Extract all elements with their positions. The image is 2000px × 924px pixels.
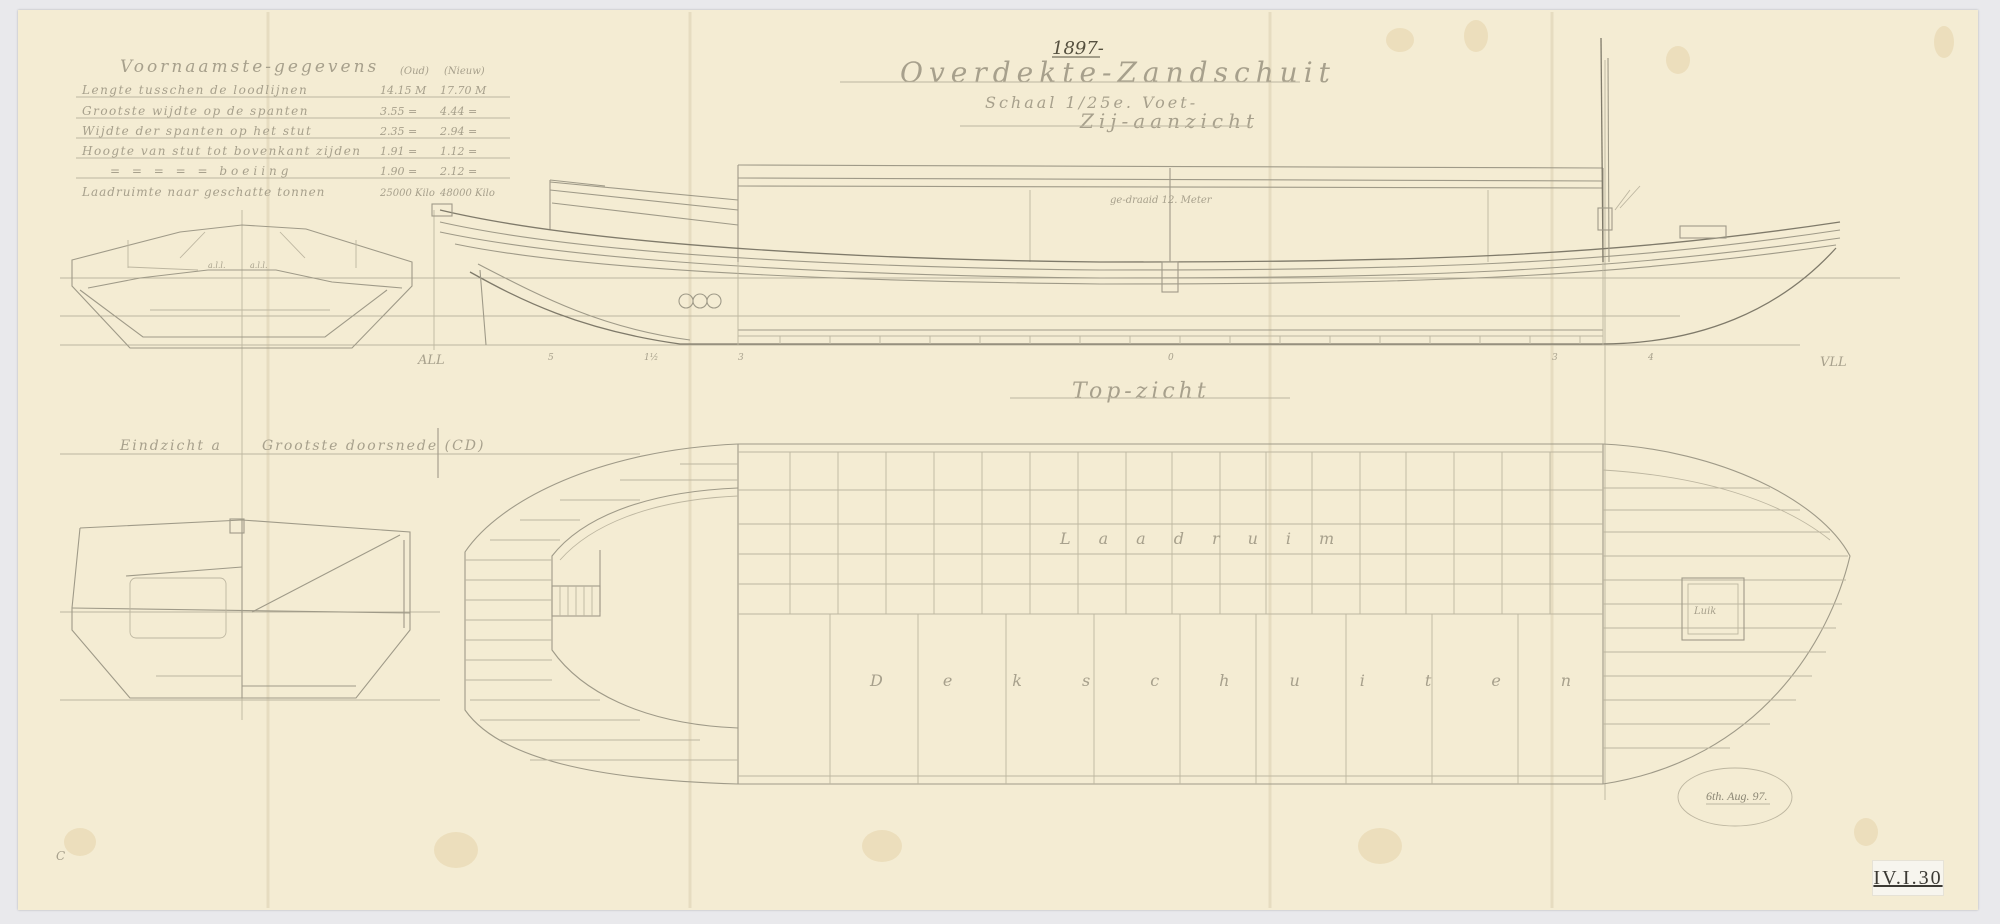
deck-label: Dekschuiten: [869, 671, 1631, 690]
svg-text:1.90 =: 1.90 =: [380, 165, 417, 178]
svg-text:2.94 =: 2.94 =: [439, 125, 477, 138]
view-title-top: Top-zicht: [1072, 379, 1210, 404]
svg-text:14.15 M: 14.15 M: [380, 84, 427, 97]
svg-text:2.35 =: 2.35 =: [379, 125, 417, 138]
spec-row: Hoogte van stut tot bovenkant zijden 1.9…: [76, 144, 510, 158]
frame-label-fwd: VLL: [1820, 355, 1847, 370]
svg-text:1½: 1½: [644, 352, 658, 363]
specs-table: Voornaamste-gegevens (Oud) (Nieuw) Lengt…: [76, 57, 510, 199]
svg-text:4: 4: [1647, 353, 1654, 363]
svg-text:Grootste wijdte op de spanten: Grootste wijdte op de spanten: [82, 104, 309, 118]
hold-label: Laadruim: [1059, 529, 1362, 548]
view-title-end-right: Grootste doorsnede (CD): [262, 438, 485, 454]
spec-row: Lengte tusschen de loodlijnen 14.15 M 17…: [76, 83, 510, 97]
svg-text:3: 3: [1552, 353, 1558, 363]
svg-text:1.91 =: 1.91 =: [380, 145, 417, 158]
date-stamp: 6th. Aug. 97.: [1678, 768, 1792, 826]
svg-text:(Nieuw): (Nieuw): [444, 66, 485, 77]
svg-text:25000 Kilo: 25000 Kilo: [379, 188, 435, 199]
spec-row: Laadruimte naar geschatte tonnen 25000 K…: [81, 185, 495, 199]
svg-text:0: 0: [1168, 353, 1174, 363]
svg-text:Lengte tusschen de loodlijnen: Lengte tusschen de loodlijnen: [81, 83, 308, 97]
svg-text:1.12 =: 1.12 =: [440, 145, 477, 158]
stamp-text: 6th. Aug. 97.: [1706, 789, 1767, 803]
view-title-end-left: Eindzicht a: [119, 438, 222, 454]
end-view-section: [72, 519, 410, 698]
svg-text:Wijdte der spanten op het stut: Wijdte der spanten op het stut: [82, 124, 312, 138]
specs-heading: Voornaamste-gegevens: [120, 57, 379, 77]
svg-text:Hoogte van stut tot bovenkant: Hoogte van stut tot bovenkant zijden: [81, 144, 362, 158]
svg-text:3: 3: [738, 353, 744, 363]
view-title-side: Zij-aanzicht: [1079, 109, 1259, 133]
spec-row: Grootste wijdte op de spanten 3.55 = 4.4…: [76, 104, 510, 118]
svg-text:2.12 =: 2.12 =: [439, 165, 477, 178]
spec-row: Wijdte der spanten op het stut 2.35 = 2.…: [76, 124, 510, 138]
svg-text:(Oud): (Oud): [400, 66, 429, 77]
hatch-label: Luik: [1693, 606, 1716, 617]
corner-mark: C: [56, 849, 65, 863]
svg-text:17.70 M: 17.70 M: [440, 84, 487, 97]
svg-text:= = = = = boeiing: = = = = = boeiing: [110, 164, 292, 178]
svg-text:48000 Kilo: 48000 Kilo: [439, 188, 495, 199]
svg-text:4.44 =: 4.44 =: [439, 105, 477, 118]
top-plan: Laadruim Dekschuiten: [465, 444, 1850, 784]
frame-label-aft: ALL: [417, 353, 445, 368]
svg-text:Laadruimte naar geschatte tonn: Laadruimte naar geschatte tonnen: [81, 185, 325, 199]
archive-label: IV.I.30: [1872, 860, 1944, 896]
archive-id: IV.I.30: [1873, 867, 1942, 890]
title: Overdekte-Zandschuit: [900, 56, 1336, 89]
spec-row: = = = = = boeiing 1.90 = 2.12 =: [76, 164, 510, 178]
svg-text:a.l.l.: a.l.l.: [208, 261, 226, 270]
hatch-grid: [738, 452, 1603, 784]
svg-text:5: 5: [548, 353, 554, 363]
title-block: 1897- Overdekte-Zandschuit Schaal 1/25e.…: [840, 38, 1336, 133]
svg-text:3.55 =: 3.55 =: [380, 105, 417, 118]
hold-note: ge-draaid 12. Meter: [1110, 195, 1213, 206]
ship-plan-drawing: 1897- Overdekte-Zandschuit Schaal 1/25e.…: [0, 0, 2000, 924]
svg-text:a.l.l.: a.l.l.: [250, 261, 268, 270]
